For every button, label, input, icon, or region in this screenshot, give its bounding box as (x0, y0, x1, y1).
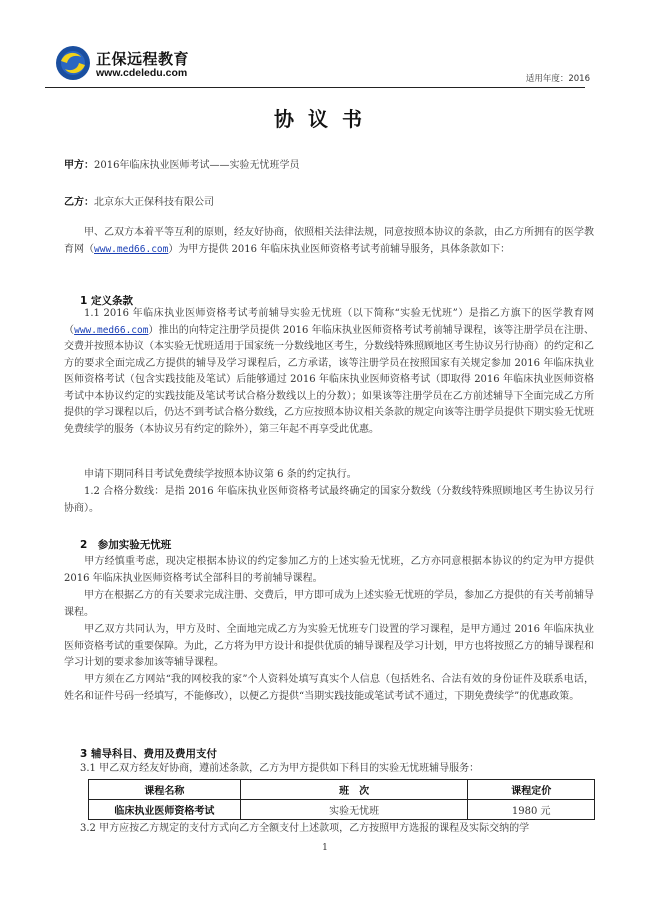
section-3-title: 3 辅导科目、费用及费用支付 (80, 746, 217, 761)
header-price: 课程定价 (468, 780, 595, 800)
party-a-value: 2016年临床执业医师考试——实验无忧班学员 (94, 160, 299, 171)
section-2-paragraph-4: 甲方须在乙方网站“我的网校我的家”个人资料处填写真实个人信息（包括姓名、合法有效… (64, 672, 594, 705)
party-a: 甲方：2016年临床执业医师考试——实验无忧班学员 (64, 156, 299, 171)
clause-3-2: 3.2 甲方应按乙方规定的支付方式向乙方全额支付上述款项，乙方按照甲方选报的课程… (80, 821, 620, 838)
applicable-year: 适用年度：2016 (526, 72, 590, 84)
fee-table-header-row: 课程名称 班 次 课程定价 (89, 780, 595, 800)
apply-paragraph: 申请下期同科目考试免费续学按照本协议第 6 条的约定执行。 (64, 467, 594, 484)
section-2-paragraph-1: 甲方经慎重考虑，现决定根据本协议的约定参加乙方的上述实验无忧班，乙方亦同意根据本… (64, 554, 594, 587)
table-row: 临床执业医师资格考试 实验无忧班 1980 元 (89, 800, 595, 820)
party-b-value: 北京东大正保科技有限公司 (94, 197, 214, 208)
document-header: 正保远程教育 www.cdeledu.com 适用年度：2016 (55, 45, 600, 90)
intro-paragraph: 甲、乙双方本着平等互利的原则，经友好协商，依照相关法律法规，同意按照本协议的条款… (64, 225, 594, 258)
page-number: 1 (0, 843, 650, 853)
med66-link[interactable]: www.med66.com (94, 244, 168, 255)
brand-name: 正保远程教育 (96, 48, 189, 69)
cdeledu-logo-icon (55, 45, 91, 81)
section-2-title: 2 参加实验无忧班 (80, 537, 171, 552)
party-b-label: 乙方： (64, 197, 94, 208)
document-title: 协议书 (0, 103, 650, 132)
party-b: 乙方：北京东大正保科技有限公司 (64, 193, 214, 208)
fee-table: 课程名称 班 次 课程定价 临床执业医师资格考试 实验无忧班 1980 元 (88, 779, 595, 820)
header-divider (45, 87, 585, 88)
clause-1-2: 1.2 合格分数线：是指 2016 年临床执业医师资格考试最终确定的国家分数线（… (64, 484, 594, 517)
cell-course-name: 临床执业医师资格考试 (89, 800, 241, 820)
cell-price: 1980 元 (468, 800, 595, 820)
header-class: 班 次 (240, 780, 468, 800)
brand-url: www.cdeledu.com (96, 67, 187, 79)
med66-link-clause[interactable]: www.med66.com (74, 325, 148, 336)
header-course-name: 课程名称 (89, 780, 241, 800)
clause-3-1: 3.1 甲乙双方经友好协商，遵前述条款，乙方为甲方提供如下科目的实验无忧班辅导服… (80, 761, 600, 778)
section-2-paragraph-3: 甲乙双方共同认为，甲方及时、全面地完成乙方为实验无忧班专门设置的学习课程，是甲方… (64, 622, 594, 672)
party-a-label: 甲方： (64, 160, 94, 171)
clause-1-1: 1.1 2016 年临床执业医师资格考试考前辅导实验无忧班（以下简称“实验无忧班… (64, 306, 594, 438)
cell-class: 实验无忧班 (240, 800, 468, 820)
section-2-paragraph-2: 甲方在根据乙方的有关要求完成注册、交费后，甲方即可成为上述实验无忧班的学员，参加… (64, 588, 594, 621)
